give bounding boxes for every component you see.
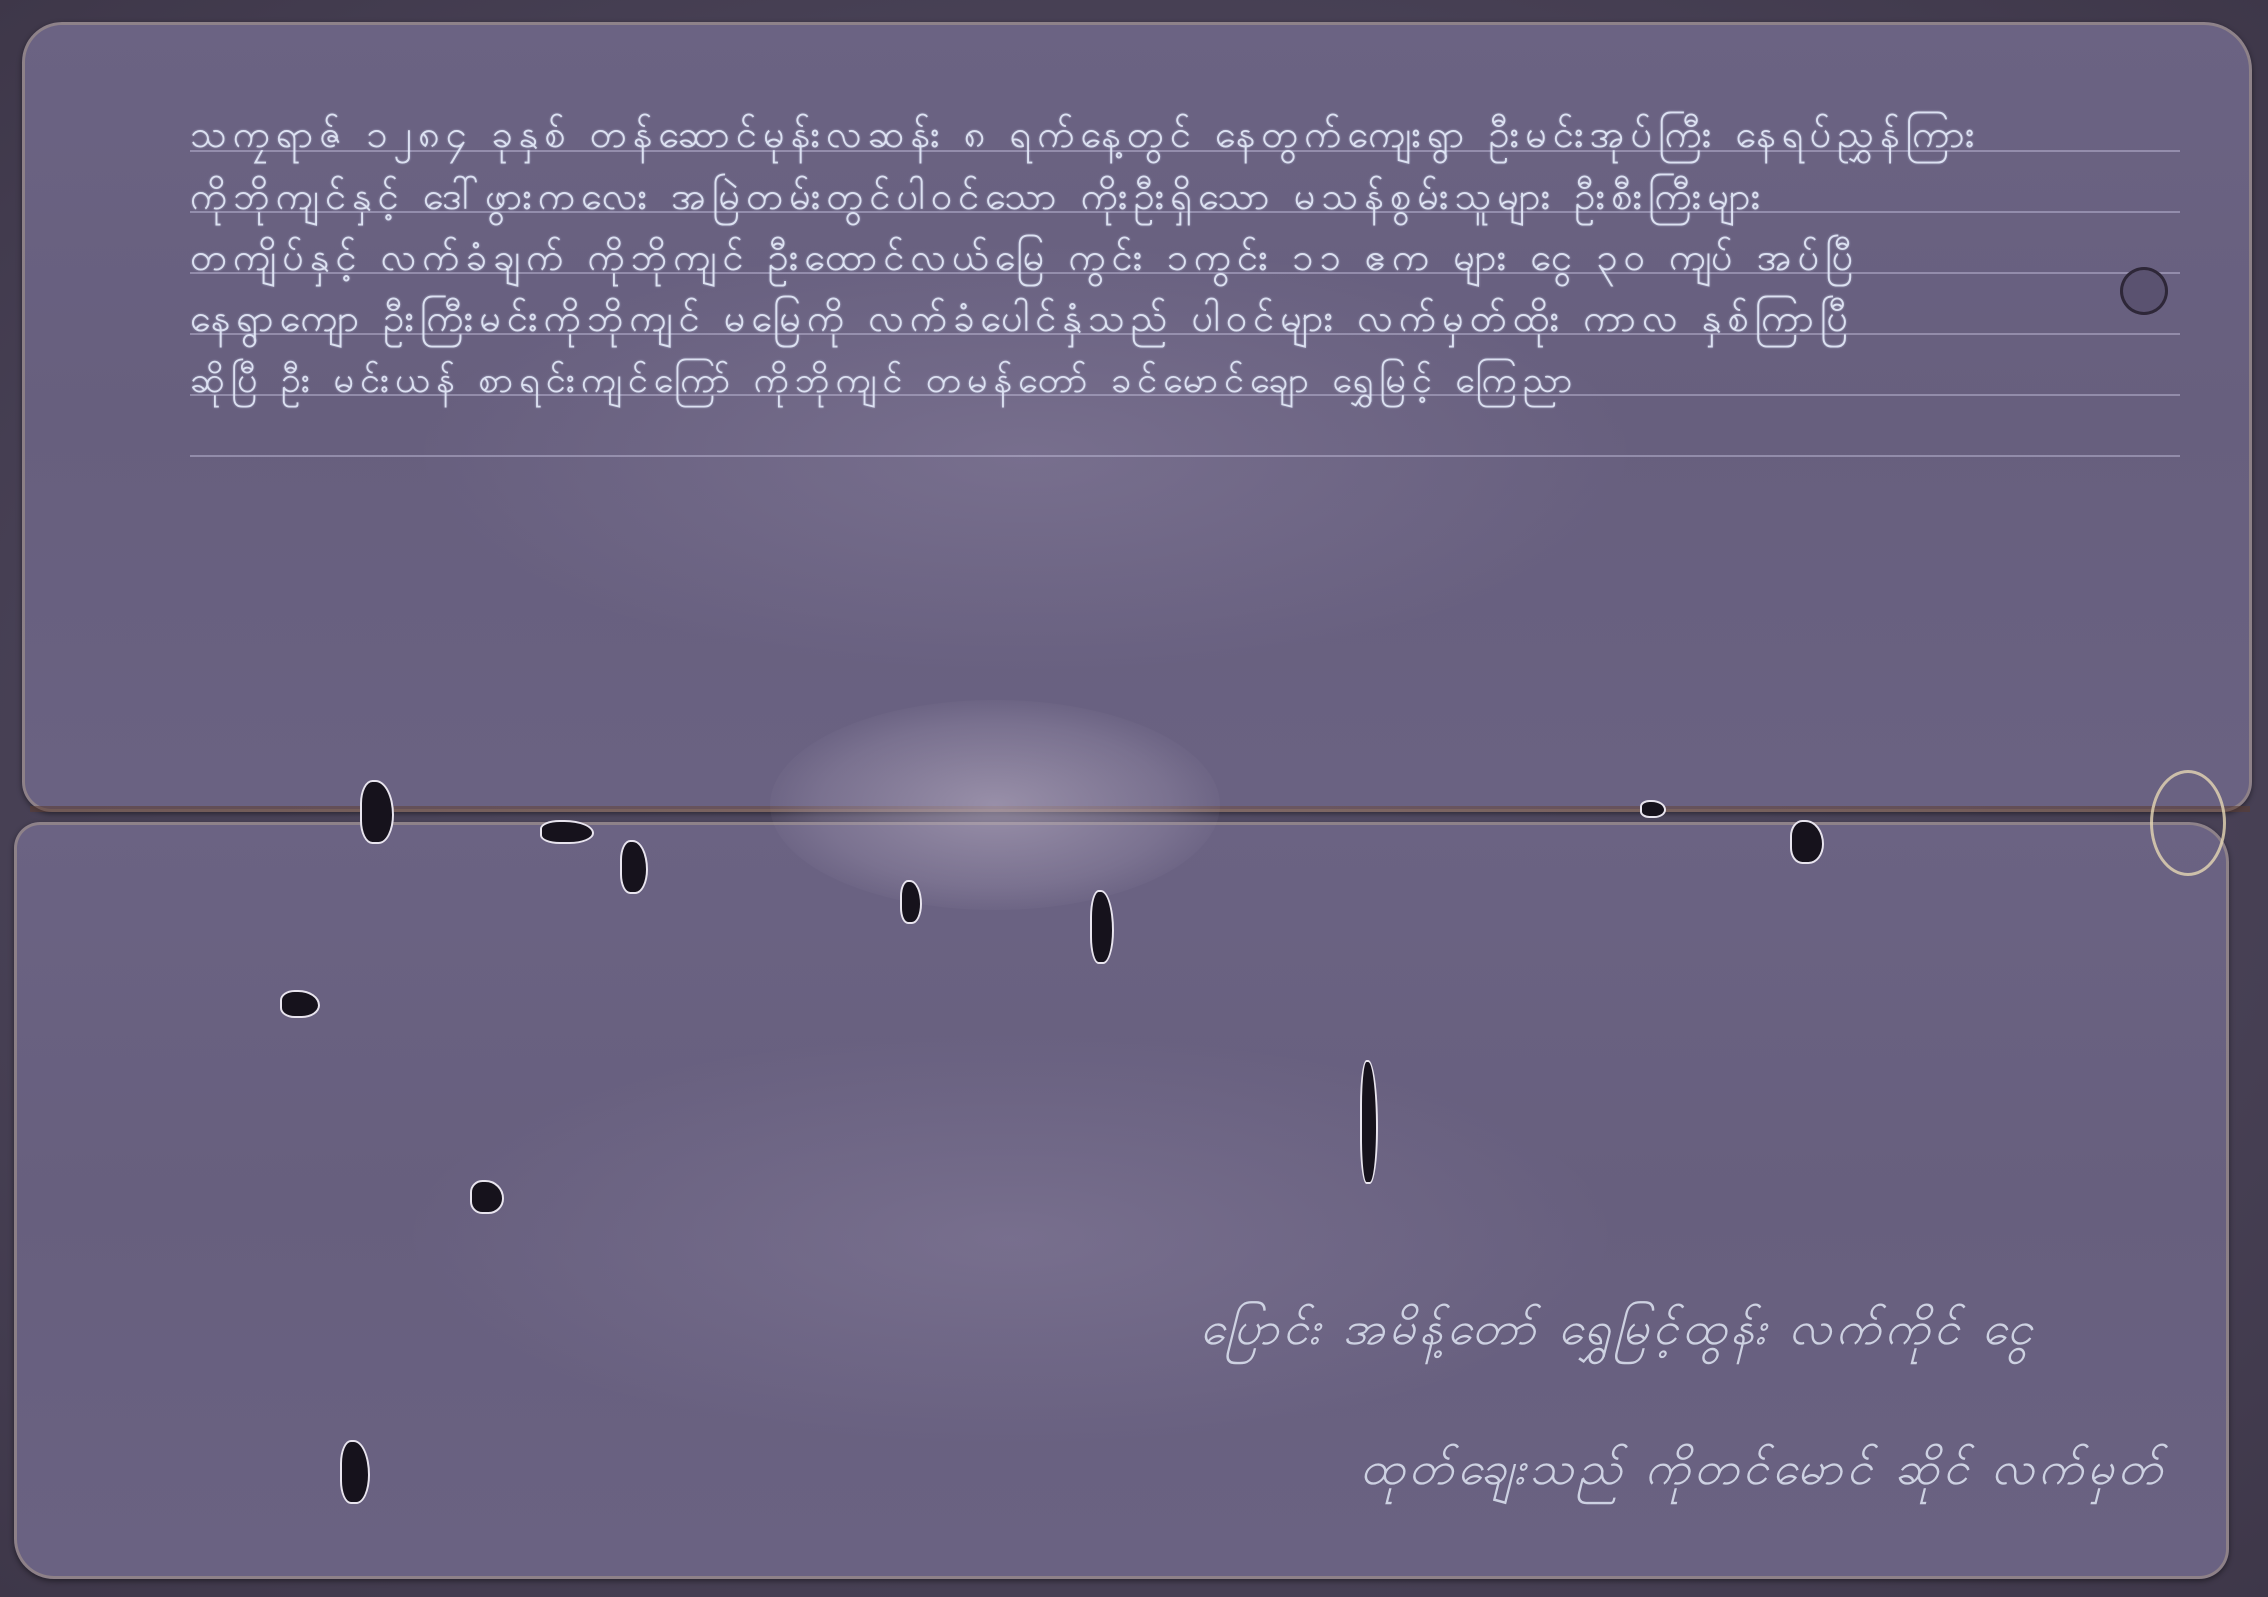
manuscript-photo: သကၠရာဇ် ၁၂၈၄ ခုနှစ် တန်ဆောင်မုန်းလဆန်း ၈…	[0, 0, 2268, 1597]
script-line-2: ကိုဘိုကျင်နှင့် ဒေါ်ဖွားကလေး အမြဲတမ်းတွင…	[190, 172, 1766, 228]
ruling-line	[190, 455, 2180, 457]
corner-tear	[2150, 770, 2226, 876]
damage-mark	[900, 880, 922, 924]
damage-mark	[280, 990, 320, 1018]
damage-mark	[1790, 820, 1824, 864]
script-line-1: သကၠရာဇ် ၁၂၈၄ ခုနှစ် တန်ဆောင်မုန်းလဆန်း ၈…	[190, 110, 1981, 166]
script-line-3: တကျိပ်နှင့် လက်ခံချက် ကိုဘိုကျင် ဦးထောင်…	[190, 233, 1859, 289]
faded-smudge	[770, 700, 1220, 910]
damage-mark	[540, 820, 594, 844]
damage-mark	[1640, 800, 1666, 818]
binding-hole	[2120, 267, 2168, 315]
damage-mark	[470, 1180, 504, 1214]
handwriting-line-1: ပြောင်း အမိန့်တော် ရွှေမြင့်ထွန်း လက်ကို…	[1200, 1300, 2036, 1367]
script-line-4: နေရွာကျော ဦးကြီးမင်းကိုဘိုကျင် မမြေကို လ…	[190, 294, 1854, 350]
script-line-5: ဆိုပြီ ဦး မင်းယန် စာရင်းကျင်ကြော် ကိုဘို…	[190, 356, 1578, 410]
handwriting-line-2: ထုတ်ချေးသည် ကိုတင်မောင် ဆိုင် လက်မှတ်	[1360, 1440, 2166, 1507]
